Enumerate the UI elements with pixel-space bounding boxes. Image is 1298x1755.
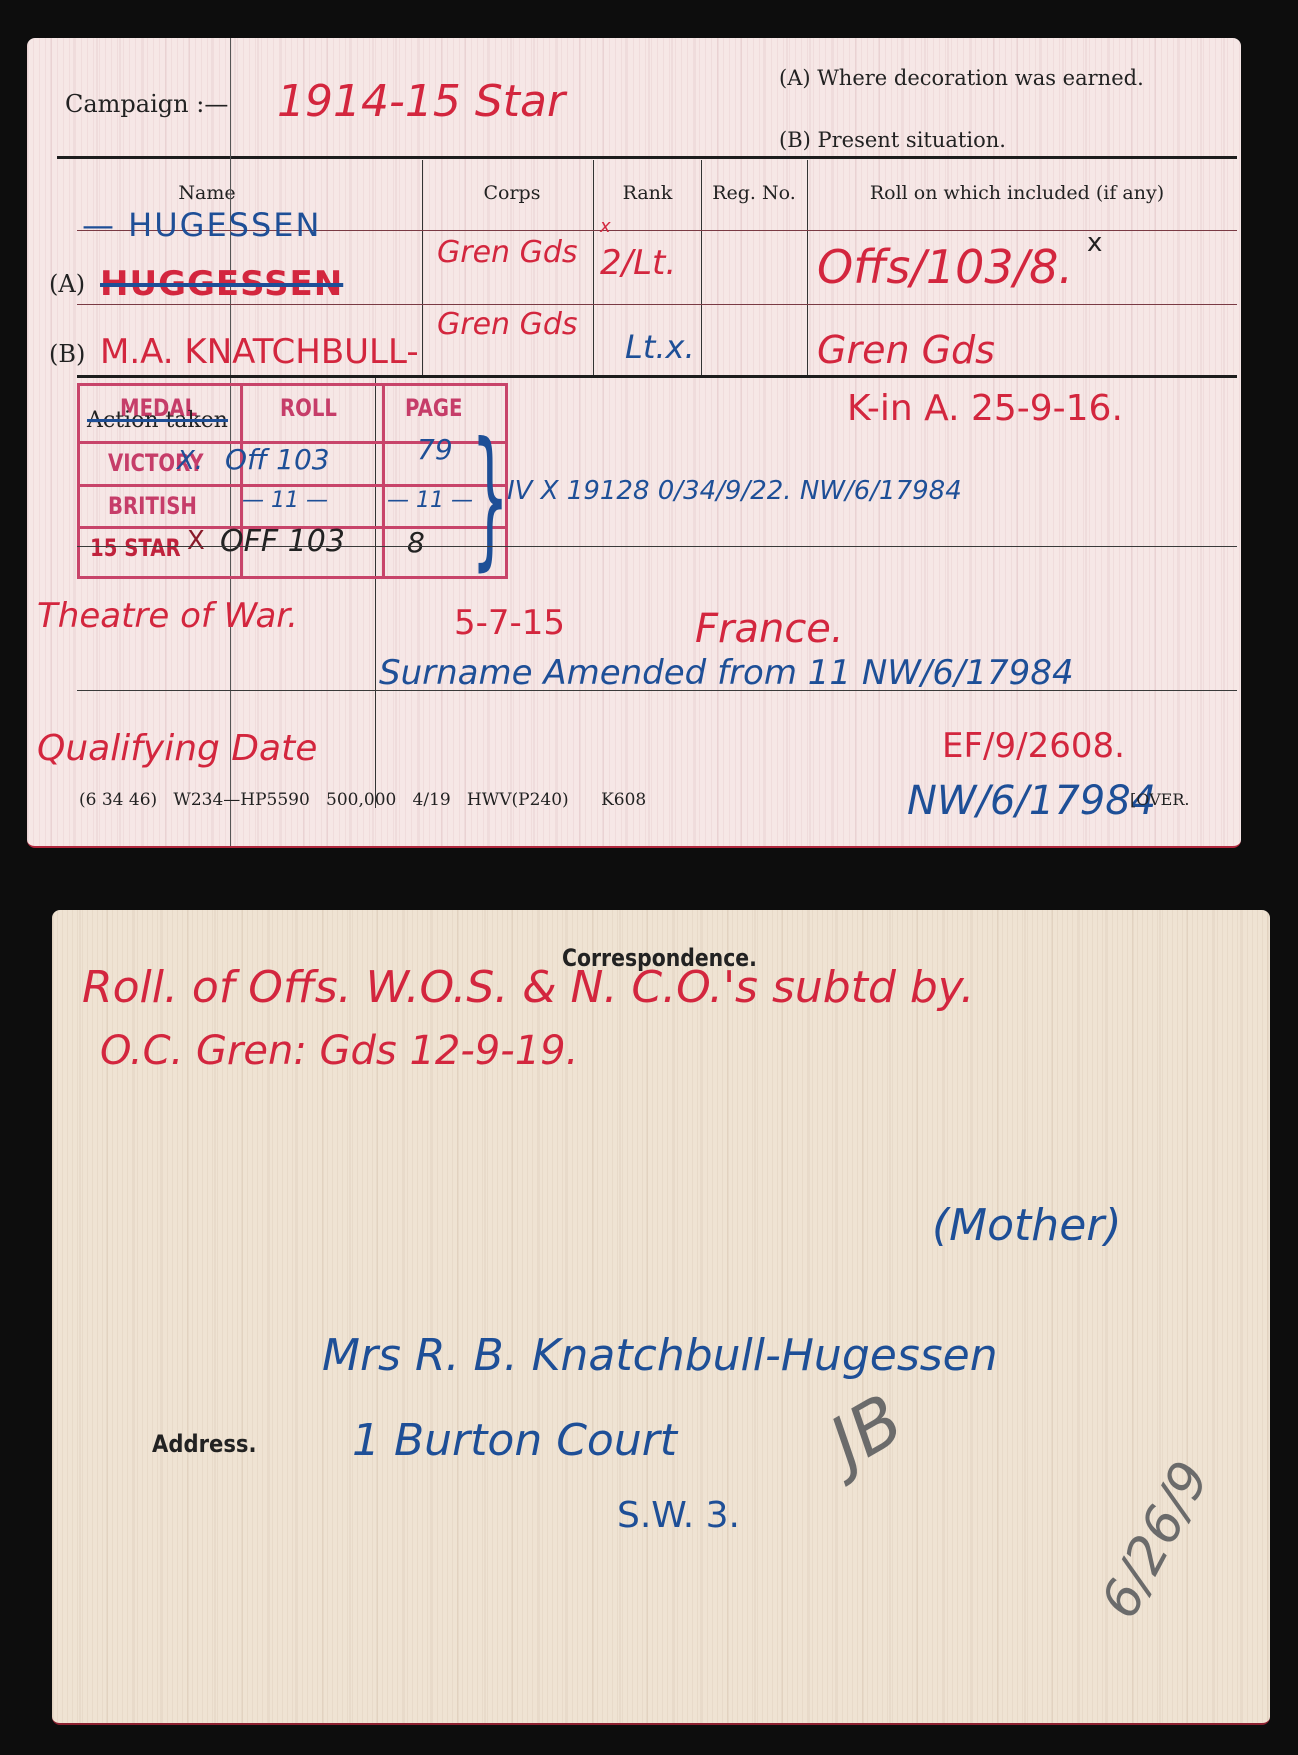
british-roll: — 11 — bbox=[242, 488, 328, 513]
correspondence-line-1: Roll. of Offs. W.O.S. & N. C.O.'s subtd … bbox=[82, 962, 974, 1013]
row-a-rank: 2/Lt. bbox=[600, 243, 676, 283]
column-name: Name bbox=[77, 182, 337, 204]
action-taken-text: Action taken bbox=[87, 408, 228, 433]
victory-roll: Off 103 bbox=[225, 443, 330, 476]
row-line bbox=[77, 304, 1237, 305]
address-label: Address. bbox=[152, 1430, 256, 1458]
stamp-medal-star: 15 STAR bbox=[90, 534, 181, 562]
medal-index-card-back: Correspondence. Roll. of Offs. W.O.S. & … bbox=[52, 910, 1270, 1725]
note-b: (B) Present situation. bbox=[779, 128, 1006, 152]
theatre-value: France. bbox=[695, 606, 844, 652]
column-divider bbox=[593, 160, 594, 375]
column-roll: Roll on which included (if any) bbox=[807, 182, 1227, 204]
stamp-header-page: PAGE bbox=[405, 394, 462, 422]
column-divider bbox=[701, 160, 702, 375]
row-b-prefix: (B) bbox=[49, 340, 85, 368]
column-divider bbox=[807, 160, 808, 375]
column-rank: Rank bbox=[594, 182, 701, 204]
addressee-name: Mrs R. B. Knatchbull-Hugessen bbox=[322, 1330, 998, 1381]
star-roll: OFF 103 bbox=[220, 524, 345, 559]
british-page: — 11 — bbox=[387, 488, 473, 513]
over-label: [OVER. bbox=[1130, 790, 1189, 809]
theatre-label: Theatre of War. bbox=[37, 596, 298, 636]
pencil-date: 6/26/9 bbox=[1090, 1452, 1222, 1628]
column-corps: Corps bbox=[427, 182, 597, 204]
section-line bbox=[77, 690, 1237, 691]
amended-surname: — HUGESSEN bbox=[82, 206, 321, 244]
row-b-rank: Lt.x. bbox=[625, 328, 695, 366]
correspondence-line-2: O.C. Gren: Gds 12-9-19. bbox=[100, 1028, 578, 1074]
row-a-roll-mark: x bbox=[1087, 228, 1102, 258]
campaign-value: 1914-15 Star bbox=[277, 76, 565, 127]
medal-index-card-front: Campaign :— 1914-15 Star (A) Where decor… bbox=[27, 38, 1241, 848]
address-line-1: 1 Burton Court bbox=[352, 1415, 677, 1466]
row-a-roll: Offs/103/8. bbox=[817, 240, 1073, 294]
stamp-line bbox=[80, 484, 505, 487]
table-bottom-rule bbox=[77, 375, 1237, 378]
nw-ref: NW/6/17984 bbox=[907, 778, 1156, 824]
row-b-corps: Gren Gds bbox=[437, 310, 587, 340]
row-a-prefix: (A) bbox=[49, 270, 85, 298]
column-divider bbox=[422, 160, 423, 375]
row-b-name: M.A. KNATCHBULL- bbox=[100, 332, 419, 372]
campaign-label: Campaign :— bbox=[65, 90, 228, 118]
brace-icon: } bbox=[471, 423, 509, 573]
star-page: 8 bbox=[407, 526, 425, 559]
ef-ref: EF/9/2608. bbox=[942, 726, 1125, 766]
stamp-header-roll: ROLL bbox=[280, 394, 337, 422]
surname-amended-note: Surname Amended from 11 NW/6/17984 bbox=[379, 653, 1074, 693]
note-a: (A) Where decoration was earned. bbox=[779, 66, 1144, 90]
stamp-medal-british: BRITISH bbox=[108, 492, 197, 520]
row-a-corps: Gren Gds bbox=[437, 238, 587, 268]
section-line bbox=[77, 546, 1237, 547]
relation-note: (Mother) bbox=[932, 1200, 1122, 1251]
address-line-2: S.W. 3. bbox=[617, 1495, 740, 1536]
issue-note: IV X 19128 0/34/9/22. NW/6/17984 bbox=[507, 476, 962, 506]
victory-mark: X. bbox=[177, 446, 203, 476]
star-mark: X bbox=[187, 526, 205, 556]
row-a-name: HUGGESSEN bbox=[100, 264, 343, 304]
victory-page: 79 bbox=[417, 433, 453, 466]
stamp-line bbox=[382, 386, 385, 576]
column-reg-no: Reg. No. bbox=[701, 182, 807, 204]
action-taken-label: Action taken bbox=[87, 408, 228, 433]
theatre-date: 5-7-15 bbox=[454, 603, 565, 643]
kia-note: K-in A. 25-9-16. bbox=[847, 388, 1123, 429]
print-code: (6 34 46) W234—HP5590 500,000 4/19 HWV(P… bbox=[79, 790, 646, 810]
header-rule bbox=[57, 156, 1237, 159]
row-b-roll: Gren Gds bbox=[817, 328, 995, 372]
pencil-initials: JB bbox=[816, 1378, 916, 1483]
qualifying-label: Qualifying Date bbox=[37, 728, 317, 769]
row-a-rank-mark: x bbox=[600, 216, 611, 237]
